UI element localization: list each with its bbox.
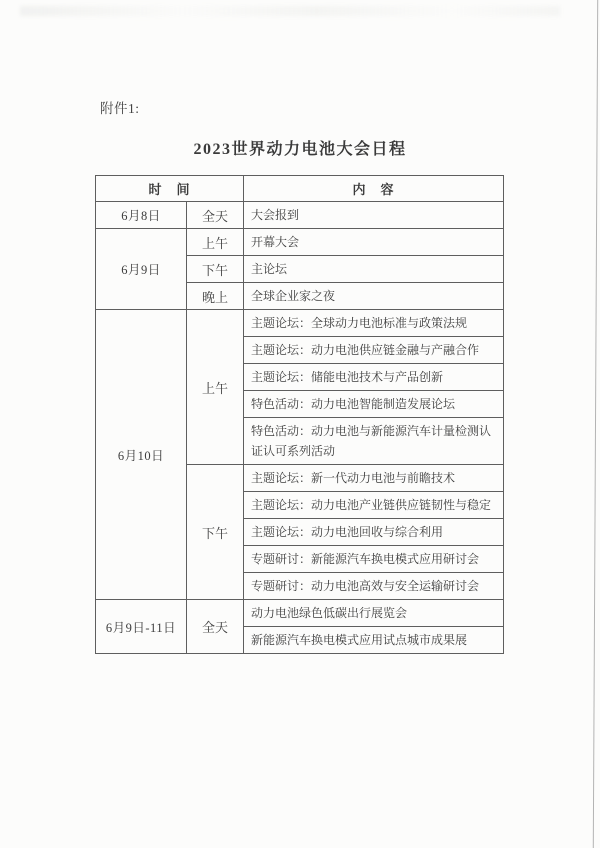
content-cell: 新能源汽车换电模式应用试点城市成果展 [244,627,504,654]
table-row: 6月9日-11日全天动力电池绿色低碳出行展览会 [96,600,504,627]
table-row: 6月8日全天大会报到 [96,202,504,229]
content-cell: 大会报到 [244,202,504,229]
content-cell: 主题论坛：动力电池回收与综合利用 [244,519,504,546]
content-cell: 主题论坛：动力电池产业链供应链韧性与稳定 [244,492,504,519]
document-page: 附件1: 2023世界动力电池大会日程 时 间 内 容 6月8日全天大会报到6月… [0,0,600,848]
content-cell: 专题研讨：动力电池高效与安全运输研讨会 [244,573,504,600]
content-cell: 动力电池绿色低碳出行展览会 [244,600,504,627]
page-title: 2023世界动力电池大会日程 [0,136,600,159]
content-cell: 特色活动：动力电池与新能源汽车计量检测认证认可系列活动 [244,418,504,465]
content-cell: 专题研讨：新能源汽车换电模式应用研讨会 [244,546,504,573]
content-column-header: 内 容 [244,176,504,202]
table-row: 6月9日上午开幕大会 [96,229,504,256]
content-cell: 主论坛 [244,256,504,283]
schedule-table-body: 6月8日全天大会报到6月9日上午开幕大会下午主论坛晚上全球企业家之夜6月10日上… [96,202,504,654]
time-slot-cell: 下午 [187,256,244,283]
time-column-header: 时 间 [96,176,244,202]
scan-noise-artifact [20,6,560,16]
time-slot-cell: 下午 [187,465,244,600]
time-slot-cell: 上午 [187,229,244,256]
date-cell: 6月9日-11日 [96,600,187,654]
content-cell: 开幕大会 [244,229,504,256]
content-cell: 主题论坛：全球动力电池标准与政策法规 [244,310,504,337]
content-cell: 主题论坛：动力电池供应链金融与产融合作 [244,337,504,364]
time-slot-cell: 上午 [187,310,244,465]
date-cell: 6月9日 [96,229,187,310]
table-header-row: 时 间 内 容 [96,176,504,202]
scan-edge-artifact [593,0,598,848]
schedule-table: 时 间 内 容 6月8日全天大会报到6月9日上午开幕大会下午主论坛晚上全球企业家… [95,175,504,654]
content-cell: 主题论坛：新一代动力电池与前瞻技术 [244,465,504,492]
time-slot-cell: 全天 [187,600,244,654]
content-cell: 全球企业家之夜 [244,283,504,310]
content-cell: 特色活动：动力电池智能制造发展论坛 [244,391,504,418]
content-cell: 主题论坛：储能电池技术与产品创新 [244,364,504,391]
time-slot-cell: 全天 [187,202,244,229]
attachment-label: 附件1: [100,97,140,117]
date-cell: 6月8日 [96,202,187,229]
time-slot-cell: 晚上 [187,283,244,310]
date-cell: 6月10日 [96,310,187,600]
table-row: 6月10日上午主题论坛：全球动力电池标准与政策法规 [96,310,504,337]
